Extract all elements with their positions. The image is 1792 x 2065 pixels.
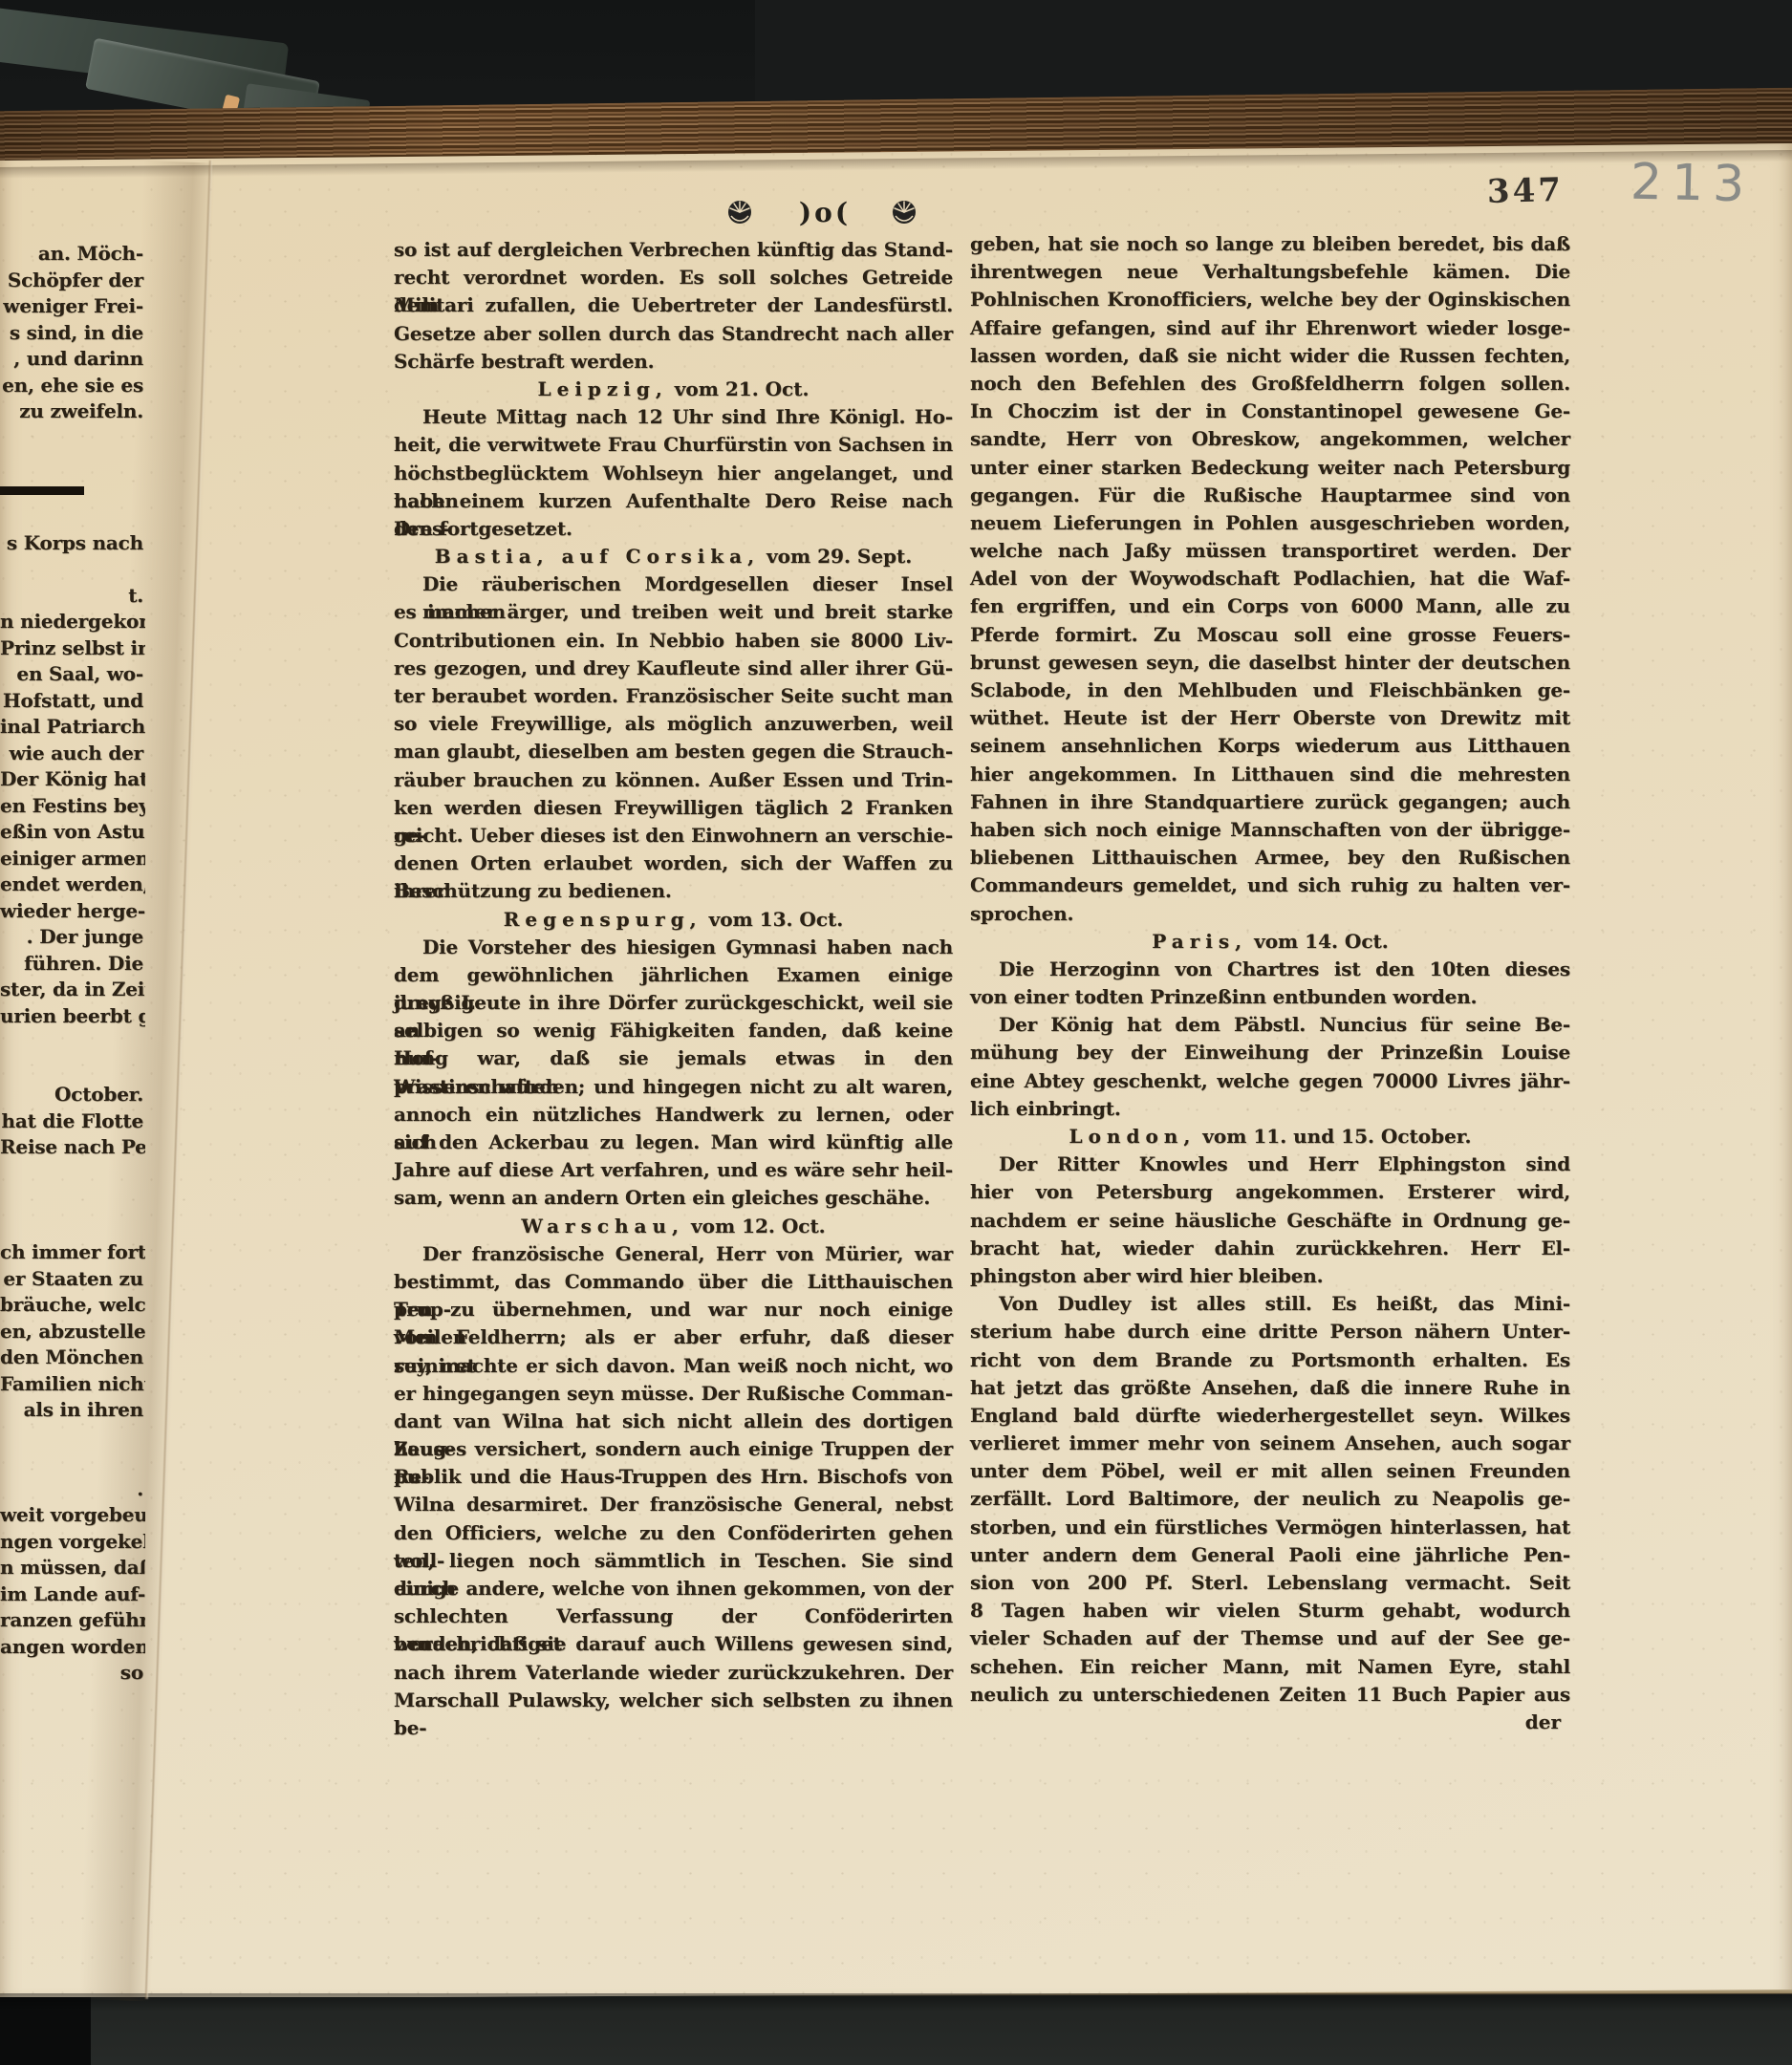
dateline-heading: Warschau, vom 12. Oct.	[394, 1213, 953, 1240]
fragment-text-line: Familien nicht	[0, 1371, 143, 1398]
body-text-line: hier von Petersburg angekommen. Ersterer…	[970, 1178, 1570, 1206]
body-text-line: Der französische General, Herr von Mürie…	[394, 1240, 953, 1268]
fragment-text-line: , und darinn	[0, 346, 143, 373]
body-text-line: vieler Schaden auf der Themse und auf de…	[970, 1624, 1570, 1652]
body-text-line: recht verordnet worden. Es soll solches …	[394, 264, 953, 291]
fragment-text-line: als in ihren	[0, 1397, 143, 1424]
body-text-line: es immer ärger, und treiben weit und bre…	[394, 598, 953, 626]
body-text-line: Von Dudley ist alles still. Es heißt, da…	[970, 1290, 1570, 1318]
dateline-place: Paris,	[1152, 930, 1247, 953]
body-text-line: sandte, Herr von Obreskow, angekommen, w…	[970, 425, 1570, 453]
fragment-text-line: eßin von Astu-	[0, 819, 143, 846]
body-text-line: sam, wenn an andern Orten ein gleiches g…	[394, 1184, 953, 1212]
fragment-text-line: weniger Frei-	[0, 293, 143, 320]
body-text-line: eine Abtey geschenkt, welche gegen 70000…	[970, 1067, 1570, 1095]
fragment-blank-line	[0, 1056, 143, 1083]
body-text-line: einige andere, welche von ihnen gekommen…	[394, 1575, 953, 1603]
body-text-line: seinem ansehnlichen Korps wiederum aus L…	[970, 732, 1570, 760]
body-text-line: worden, daß sie darauf auch Willens gewe…	[394, 1630, 953, 1658]
body-text-line: lich einbringt.	[970, 1095, 1570, 1123]
fragment-blank-line	[0, 1214, 143, 1240]
body-text-line: er hingegangen seyn müsse. Der Rußische …	[394, 1380, 953, 1408]
body-text-line: so ist auf dergleichen Verbrechen künfti…	[394, 236, 953, 264]
fragment-text-line: s Korps nach	[0, 530, 143, 557]
body-text-line: ken werden diesen Freywilligen täglich 2…	[394, 794, 953, 822]
body-text-line: In Choczim ist der in Constantinopel gew…	[970, 398, 1570, 425]
fragment-blank-line	[0, 1029, 143, 1056]
fragment-text-line: bräuche, welche	[0, 1292, 143, 1319]
fragment-text-line: en Festins bey	[0, 793, 143, 820]
body-text-line: Schärfe bestraft werden.	[394, 348, 953, 376]
fragment-blank-line	[0, 1161, 143, 1188]
body-text-line: hauses versichert, sondern auch einige T…	[394, 1435, 953, 1463]
body-text-line: hier angekommen. In Litthauen sind die m…	[970, 761, 1570, 788]
dateline-date: vom 13. Oct.	[702, 908, 844, 931]
fragment-text-line: Reise nach Pe-	[0, 1134, 143, 1161]
body-text-line: dant van Wilna hat sich nicht allein des…	[394, 1408, 953, 1435]
fragment-text-line: hat die Flotte	[0, 1108, 143, 1135]
fragment-blank-line	[0, 1424, 143, 1451]
fragment-text-line: wie auch der	[0, 741, 143, 767]
body-text-line: räuber brauchen zu können. Außer Essen u…	[394, 766, 953, 794]
fragment-text-line: en Saal, wo-	[0, 661, 143, 688]
body-text-line: nach einem kurzen Aufenthalte Dero Reise…	[394, 487, 953, 515]
fragment-text-line: ngen vorgekehrt	[0, 1529, 143, 1556]
body-text-line: sprochen.	[970, 900, 1570, 928]
body-text-line: ter beraubet worden. Französischer Seite…	[394, 682, 953, 710]
dateline-date: vom 29. Sept.	[760, 545, 912, 568]
fragment-text-line: einiger armen	[0, 846, 143, 872]
body-text-line: den Officiers, welche zu den Conföderirt…	[394, 1519, 953, 1547]
body-text-line: Marschall Pulawsky, welcher sich selbste…	[394, 1687, 953, 1714]
body-text-line: unter andern dem General Paoli eine jähr…	[970, 1541, 1570, 1569]
fragment-text-line: Prinz selbst in	[0, 635, 143, 662]
dateline-place: Bastia, auf Corsika,	[435, 545, 760, 568]
fragment-blank-line	[0, 425, 143, 452]
body-text-line: England bald dürfte wiederhergestellet s…	[970, 1402, 1570, 1430]
dateline-heading: Leipzig, vom 21. Oct.	[394, 376, 953, 403]
body-text-line: bestimmt, das Commando über die Litthaui…	[394, 1268, 953, 1296]
section-divider-rule	[0, 478, 143, 505]
dateline-place: London,	[1069, 1125, 1197, 1148]
fragment-text-line: en, abzustellen.	[0, 1319, 143, 1345]
dateline-date: vom 11. und 15. October.	[1196, 1125, 1471, 1148]
body-text-line: dem gewöhnlichen jährlichen Examen einig…	[394, 961, 953, 989]
body-text-line: Contributionen ein. In Nebbio haben sie …	[394, 627, 953, 655]
body-text-line: Pferde formirt. Zu Moscau soll eine gros…	[970, 621, 1570, 649]
body-text-line: sion von 200 Pf. Sterl. Lebenslang verma…	[970, 1569, 1570, 1597]
body-text-line: hat jetzt das größte Ansehen, daß die in…	[970, 1374, 1570, 1402]
body-text-line: reicht. Ueber dieses ist den Einwohnern …	[394, 822, 953, 850]
fragment-text-line: October.	[0, 1082, 143, 1108]
body-text-line: man glaubt, dieselben am besten gegen di…	[394, 738, 953, 765]
body-text-line: Sclabode, in den Mehlbuden und Fleischbä…	[970, 677, 1570, 704]
body-text-line: annoch ein nützliches Handwerk zu lernen…	[394, 1101, 953, 1129]
body-text-line: geben, hat sie noch so lange zu bleiben …	[970, 230, 1570, 258]
body-text-line: phingston aber wird hier bleiben.	[970, 1262, 1570, 1290]
body-text-line: neulich zu unterschiedenen Zeiten 11 Buc…	[970, 1681, 1570, 1709]
body-text-line: unter dem Pöbel, weil er mit allen seine…	[970, 1457, 1570, 1485]
shell-fleuron-icon	[889, 197, 919, 227]
body-text-line: wüthet. Heute ist der Herr Oberste von D…	[970, 704, 1570, 732]
fragment-blank-line	[0, 1187, 143, 1214]
body-text-line: pen zu übernehmen, und war nur noch eini…	[394, 1296, 953, 1323]
body-text-line: nach ihrem Vaterlande wieder zurückzukeh…	[394, 1659, 953, 1687]
body-text-line: heit, die verwitwete Frau Churfürstin vo…	[394, 431, 953, 459]
body-text-line: haben sich noch einige Mannschaften von …	[970, 816, 1570, 844]
fragment-text-line: s sind, in die	[0, 320, 143, 347]
body-text-line: brunst gewesen seyn, die daselbst hinter…	[970, 649, 1570, 677]
body-text-line: Adel von der Woywodschaft Podlachien, ha…	[970, 565, 1570, 592]
body-text-line: richt von dem Brande zu Portsmonth erhal…	[970, 1346, 1570, 1374]
body-text-line: gegangen. Für die Rußische Hauptarmee si…	[970, 482, 1570, 509]
fragment-text-line: im Lande auf-	[0, 1581, 143, 1608]
fragment-text-line: Hofstatt, und	[0, 688, 143, 715]
body-text-line: sterium habe durch eine dritte Person nä…	[970, 1318, 1570, 1345]
body-text-line: ten, liegen noch sämmtlich in Teschen. S…	[394, 1547, 953, 1575]
body-text-line: Wilna desarmiret. Der französische Gener…	[394, 1491, 953, 1518]
body-text-line: auf den Ackerbau zu legen. Man wird künf…	[394, 1129, 953, 1156]
fragment-text-line: weit vorgebeu-	[0, 1502, 143, 1529]
body-text-line: mühung bey der Einweihung der Prinzeßin …	[970, 1039, 1570, 1066]
body-text-line: Der Ritter Knowles und Herr Elphingston …	[970, 1151, 1570, 1178]
body-text-line: nachdem er seine häusliche Geschäfte in …	[970, 1207, 1570, 1235]
dateline-date: vom 21. Oct.	[668, 377, 810, 400]
fragment-text-line: t.	[0, 583, 143, 610]
dateline-heading: Regenspurg, vom 13. Oct.	[394, 906, 953, 934]
body-text-line: höchstbeglücktem Wohlseyn hier angelange…	[394, 460, 953, 487]
fragment-text-line: endet werden,	[0, 871, 143, 898]
body-text-line: so viele Freywillige, als möglich anzuwe…	[394, 710, 953, 738]
fragment-text-line: Schöpfer der	[0, 268, 143, 294]
body-text-line: nung war, daß sie jemals etwas in den Wi…	[394, 1044, 953, 1072]
dateline-place: Warschau,	[521, 1215, 684, 1237]
body-text-line: sey, machte er sich davon. Man weiß noch…	[394, 1352, 953, 1380]
dateline-date: vom 14. Oct.	[1247, 930, 1389, 953]
body-text-line: Die Vorsteher des hiesigen Gymnasi haben…	[394, 934, 953, 961]
body-text-line: noch den Befehlen des Großfeldherrn folg…	[970, 370, 1570, 398]
shell-fleuron-icon	[724, 197, 755, 227]
fragment-blank-line	[0, 451, 143, 478]
body-text-line: Die räuberischen Mordgesellen dieser Ins…	[394, 570, 953, 598]
body-text-line: Heute Mittag nach 12 Uhr sind Ihre König…	[394, 403, 953, 431]
body-text-line: verlieret immer mehr von seinem Ansehen,…	[970, 1430, 1570, 1457]
fragment-text-line: führen. Die	[0, 951, 143, 978]
body-text-line: neuem Lieferungen in Pohlen ausgeschrieb…	[970, 509, 1570, 537]
handwritten-page-number: 213	[1630, 154, 1754, 214]
fragment-text-line: .	[0, 1476, 143, 1503]
fragment-text-line: n niedergekom-	[0, 609, 143, 635]
fragment-text-line: so	[0, 1660, 143, 1687]
body-text-line: Militari zufallen, die Uebertreter der L…	[394, 291, 953, 319]
body-text-line: vom Feldherrn; als er aber erfuhr, daß d…	[394, 1323, 953, 1351]
fragment-text-line: Der König hat	[0, 766, 143, 793]
body-text-line: schlechten Verfassung der Conföderirten …	[394, 1603, 953, 1630]
text-column-right: geben, hat sie noch so lange zu bleiben …	[970, 230, 1570, 1736]
catchword: der	[970, 1709, 1570, 1736]
fragment-text-line: zu zweifeln.	[0, 398, 143, 425]
body-text-line: fen ergriffen, und ein Corps von 6000 Ma…	[970, 592, 1570, 620]
fragment-text-line: an. Möch-	[0, 241, 143, 268]
fragment-text-line: den Mönchen	[0, 1344, 143, 1371]
body-text-line: Jahre auf diese Art verfahren, und es wä…	[394, 1156, 953, 1184]
body-text-line: Affaire gefangen, sind auf ihr Ehrenwort…	[970, 314, 1570, 342]
body-text-line: Pohlnischen Kronofficiers, welche bey de…	[970, 286, 1570, 313]
body-text-line: Beschützung zu bedienen.	[394, 877, 953, 905]
body-text-line: junge Leute in ihre Dörfer zurückgeschic…	[394, 989, 953, 1017]
body-text-line: bracht hat, wieder dahin zurückkehren. H…	[970, 1235, 1570, 1262]
fragment-text-line: wieder herge-	[0, 898, 143, 925]
text-column-left: so ist auf dergleichen Verbrechen künfti…	[394, 236, 953, 1714]
body-text-line: Die Herzoginn von Chartres ist den 10ten…	[970, 956, 1570, 983]
paper-bottom-shadow	[0, 1993, 1792, 2011]
dateline-heading: Bastia, auf Corsika, vom 29. Sept.	[394, 543, 953, 570]
body-text-line: storben, und ein fürstliches Vermögen hi…	[970, 1514, 1570, 1541]
body-text-line: Commandeurs gemeldet, und sich ruhig zu …	[970, 871, 1570, 899]
body-text-line: schehen. Ein reicher Mann, mit Namen Eyr…	[970, 1653, 1570, 1681]
dateline-date: vom 12. Oct.	[684, 1215, 826, 1237]
fragment-text-line: angen worden;	[0, 1634, 143, 1661]
body-text-line: ihrentwegen neue Verhaltungsbefehle käme…	[970, 258, 1570, 286]
fragment-blank-line	[0, 556, 143, 583]
body-text-line: bliebenen Litthauischen Armee, bey den R…	[970, 844, 1570, 871]
scanned-newspaper-page: )o( 347 213 an. Möch-Schöpfer derweniger…	[0, 0, 1792, 2065]
dateline-heading: Paris, vom 14. Oct.	[970, 928, 1570, 956]
body-text-line: lassen worden, daß sie nicht wider die R…	[970, 342, 1570, 370]
fragment-blank-line	[0, 504, 143, 530]
body-text-line: Der König hat dem Päbstl. Nuncius für se…	[970, 1011, 1570, 1039]
fragment-text-line: urien beerbt ge-	[0, 1003, 143, 1030]
fragment-text-line: en, ehe sie es	[0, 373, 143, 399]
fragment-text-line: n müssen, daß	[0, 1555, 143, 1581]
body-text-line: Fahnen in ihre Standquartiere zurück geg…	[970, 788, 1570, 816]
body-text-line: prastiren würden; und hingegen nicht zu …	[394, 1073, 953, 1101]
fragment-blank-line	[0, 1450, 143, 1476]
body-text-line: publik und die Haus-Truppen des Hrn. Bis…	[394, 1463, 953, 1491]
body-text-line: den fortgesetzet.	[394, 515, 953, 543]
fragment-text-line: er Staaten zu	[0, 1266, 143, 1293]
fragment-text-line: inal Patriarch	[0, 714, 143, 741]
body-text-line: unter einer starken Bedeckung weiter nac…	[970, 454, 1570, 482]
fragment-text-line: ranzen geführt,	[0, 1607, 143, 1634]
body-text-line: welche nach Jaßy müssen transportiret we…	[970, 537, 1570, 565]
body-text-line: von einer todten Prinzeßinn entbunden wo…	[970, 983, 1570, 1011]
dateline-place: Regenspurg,	[504, 908, 702, 931]
previous-page-fragment: an. Möch-Schöpfer derweniger Frei-s sind…	[0, 241, 145, 1687]
body-text-line: selbigen so wenig Fähigkeiten fanden, da…	[394, 1017, 953, 1044]
fragment-text-line: . Der junge	[0, 924, 143, 951]
body-text-line: zerfällt. Lord Baltimore, der neulich zu…	[970, 1485, 1570, 1513]
body-text-line: res gezogen, und drey Kaufleute sind all…	[394, 655, 953, 682]
dateline-heading: London, vom 11. und 15. October.	[970, 1123, 1570, 1151]
fragment-text-line: ster, da in Zeit	[0, 977, 143, 1003]
body-text-line: 8 Tagen haben wir vielen Sturm gehabt, w…	[970, 1597, 1570, 1624]
page-number: 347	[1486, 171, 1564, 211]
header-center-mark: )o(	[795, 197, 854, 228]
dateline-place: Leipzig,	[538, 377, 668, 400]
body-text-line: denen Orten erlaubet worden, sich der Wa…	[394, 850, 953, 877]
fragment-text-line: ch immer fort,	[0, 1239, 143, 1266]
body-text-line: Gesetze aber sollen durch das Standrecht…	[394, 320, 953, 348]
